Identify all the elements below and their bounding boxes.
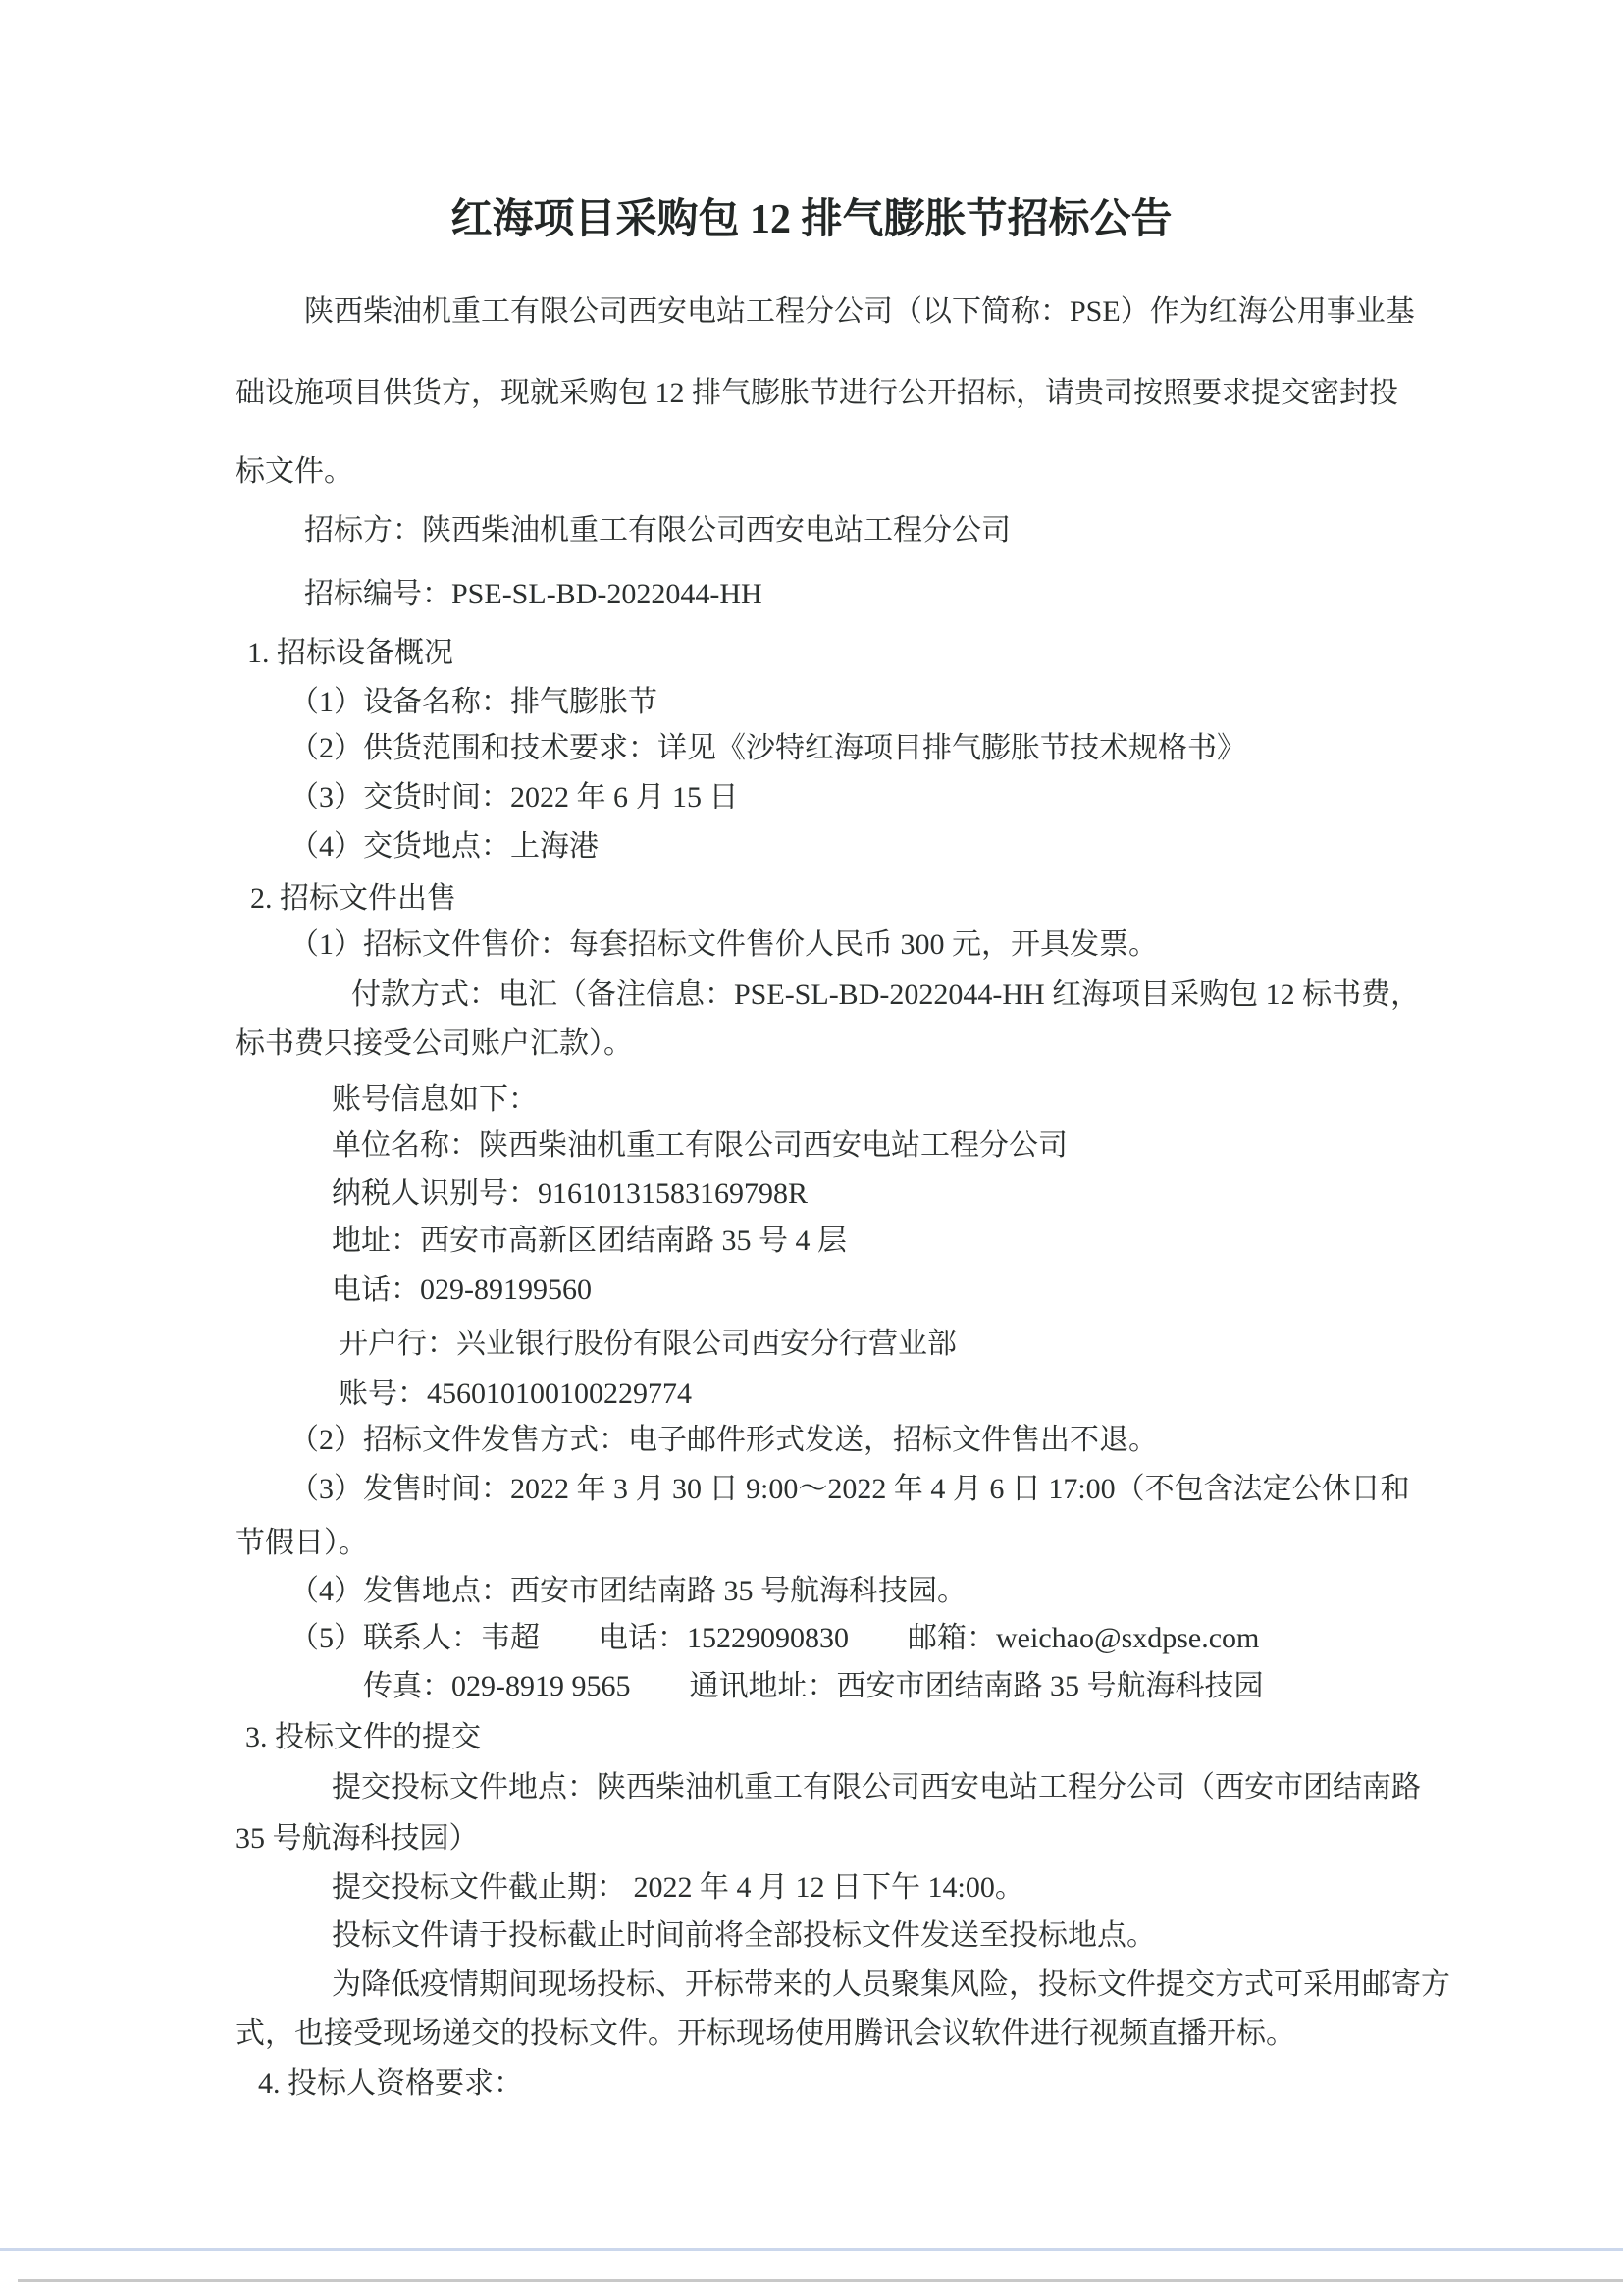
address-line: 地址：西安市高新区团结南路 35 号 4 层 [332,1224,847,1259]
sale-time-line: （3）发售时间：2022 年 3 月 30 日 9:00～2022 年 4 月 … [289,1472,1410,1507]
submission-note-line: 投标文件请于投标截止时间前将全部投标文件发送至投标地点。 [332,1918,1156,1954]
bank-line: 开户行：兴业银行股份有限公司西安分行营业部 [339,1327,957,1362]
tender-number-line: 招标编号：PSE-SL-BD-2022044-HH [304,577,762,612]
account-info-heading: 账号信息如下： [332,1082,538,1118]
document-price-line: （1）招标文件售价：每套招标文件售价人民币 300 元，开具发票。 [289,927,1158,963]
section-2-heading: 2. 招标文件出售 [250,881,456,916]
covid-note-line: 式，也接受现场递交的投标文件。开标现场使用腾讯会议软件进行视频直播开标。 [236,2016,1295,2052]
delivery-place-line: （4）交货地点：上海港 [289,829,599,864]
payment-method-line: 付款方式：电汇（备注信息：PSE-SL-BD-2022044-HH 红海项目采购… [351,977,1420,1013]
payment-method-line: 标书费只接受公司账户汇款）。 [236,1026,633,1062]
intro-paragraph-line: 础设施项目供货方，现就采购包 12 排气膨胀节进行公开招标，请贵司按照要求提交密… [236,376,1398,411]
covid-note-line: 为降低疫情期间现场投标、开标带来的人员聚集风险，投标文件提交方式可采用邮寄方 [332,1967,1450,2003]
document-title: 红海项目采购包 12 排气膨胀节招标公告 [0,194,1623,245]
scope-line: （2）供货范围和技术要求：详见《沙特红海项目排气膨胀节技术规格书》 [289,731,1246,766]
fax-line: 传真：029-8919 9565 通讯地址：西安市团结南路 35 号航海科技园 [363,1669,1264,1704]
submission-place-line: 35 号航海科技园） [236,1821,479,1856]
section-1-heading: 1. 招标设备概况 [247,636,453,671]
taxpayer-id-line: 纳税人识别号：91610131583169798R [332,1176,808,1212]
scan-edge-line [0,2248,1623,2251]
distribution-method-line: （2）招标文件发售方式：电子邮件形式发送，招标文件售出不退。 [289,1423,1158,1458]
intro-paragraph-line: 标文件。 [236,454,353,490]
sale-place-line: （4）发售地点：西安市团结南路 35 号航海科技园。 [289,1574,967,1609]
submission-place-line: 提交投标文件地点：陕西柴油机重工有限公司西安电站工程分公司（西安市团结南路 [332,1770,1421,1805]
tenderer-line: 招标方：陕西柴油机重工有限公司西安电站工程分公司 [304,513,1011,548]
intro-paragraph-line: 陕西柴油机重工有限公司西安电站工程分公司（以下简称：PSE）作为红海公用事业基 [304,294,1415,330]
delivery-time-line: （3）交货时间：2022 年 6 月 15 日 [289,780,739,815]
contact-line: （5）联系人：韦超 电话：15229090830 邮箱：weichao@sxdp… [289,1621,1259,1656]
scan-edge-line [18,2279,1623,2282]
account-number-line: 账号：456010100100229774 [339,1377,692,1412]
submission-deadline-line: 提交投标文件截止期： 2022 年 4 月 12 日下午 14:00。 [332,1870,1024,1905]
section-3-heading: 3. 投标文件的提交 [245,1720,481,1755]
phone-line: 电话：029-89199560 [332,1273,592,1308]
company-name-line: 单位名称：陕西柴油机重工有限公司西安电站工程分公司 [332,1128,1068,1164]
scanned-document-page: 红海项目采购包 12 排气膨胀节招标公告 陕西柴油机重工有限公司西安电站工程分公… [0,0,1623,2296]
equipment-name-line: （1）设备名称：排气膨胀节 [289,685,657,720]
sale-time-line: 节假日）。 [236,1526,368,1561]
section-4-heading: 4. 投标人资格要求： [258,2066,523,2102]
